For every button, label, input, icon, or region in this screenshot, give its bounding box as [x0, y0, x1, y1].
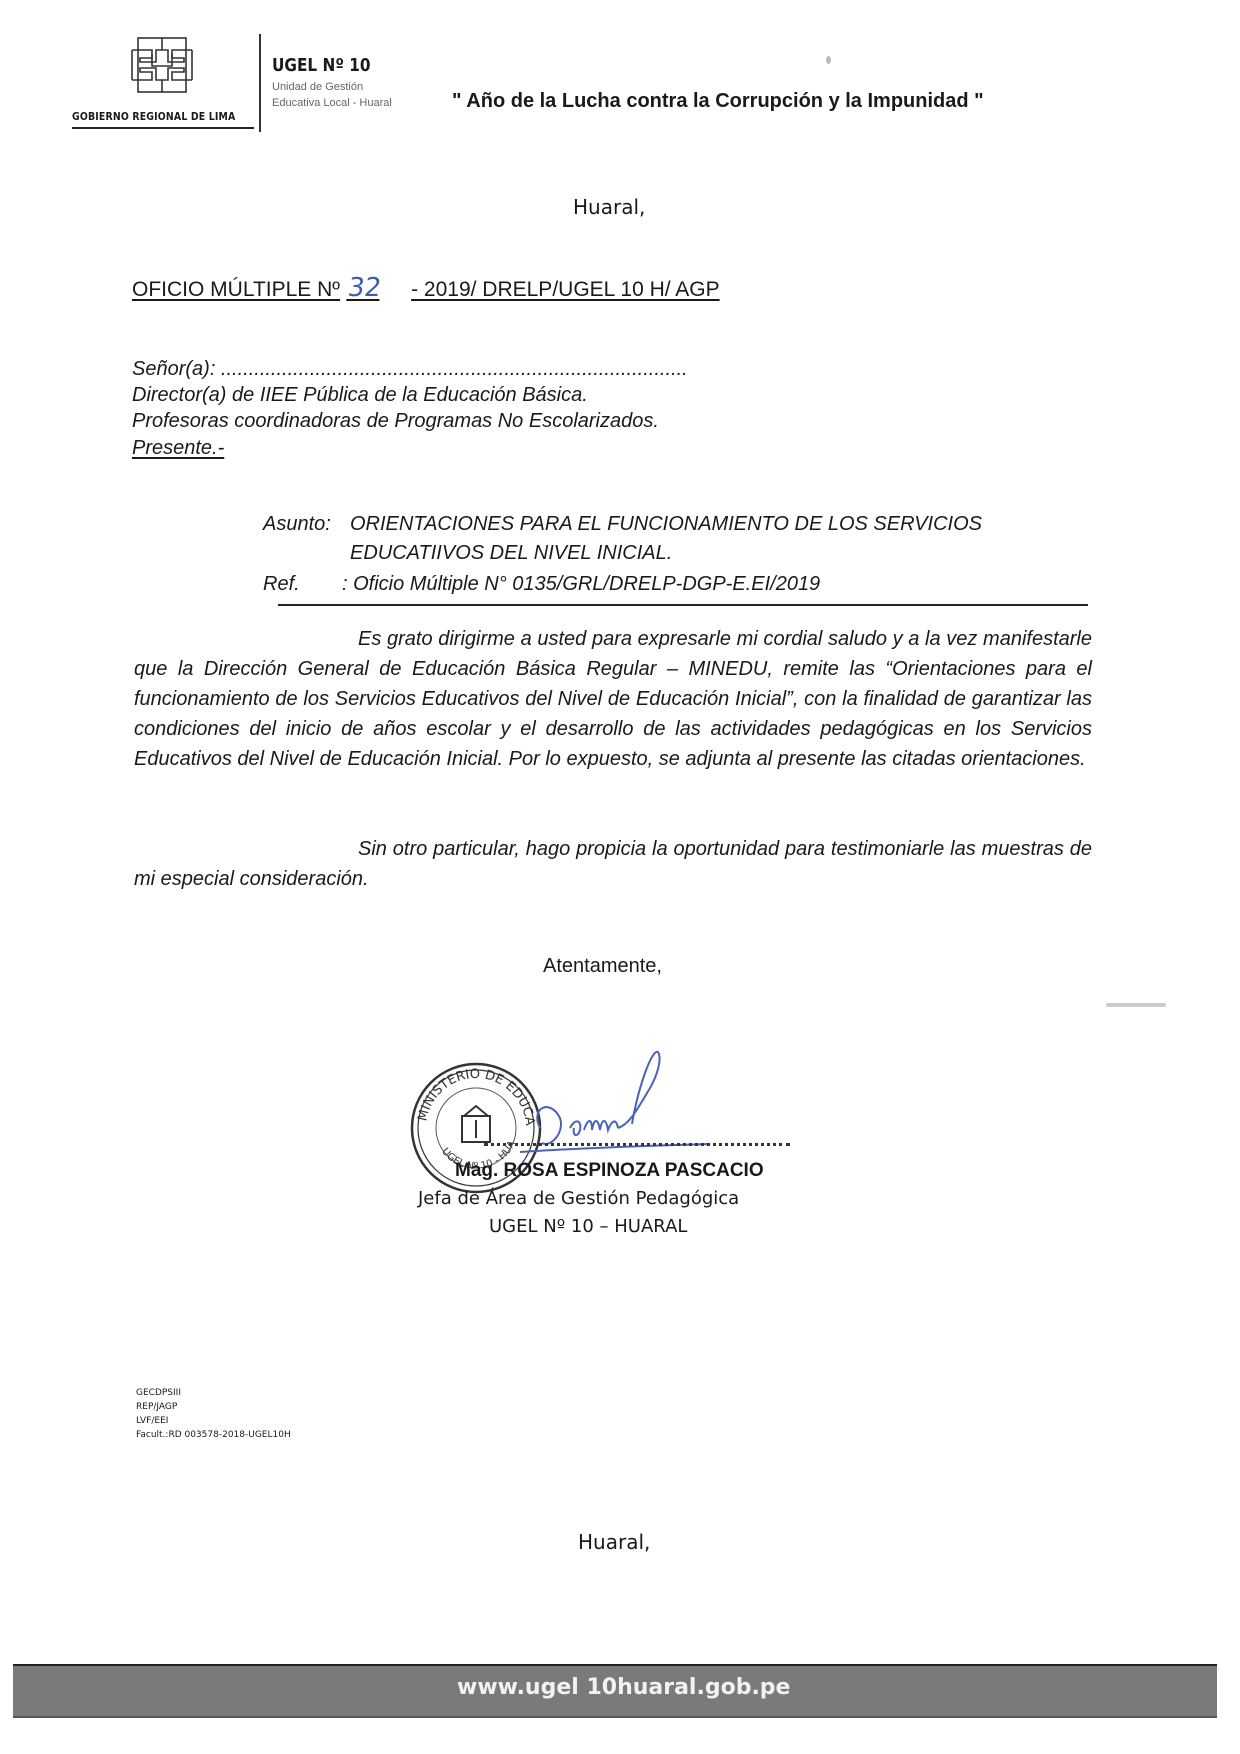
addressee-line: Señor(a): ..............................… — [132, 358, 688, 381]
gobierno-regional-emblem-icon — [130, 36, 194, 94]
oficio-handwritten-number: 32 — [346, 273, 383, 303]
subject-text: ORIENTACIONES PARA EL FUNCIONAMIENTO DE … — [350, 513, 982, 536]
header-divider — [259, 34, 261, 132]
government-name-underline — [72, 127, 254, 129]
signer-name: Mag. ROSA ESPINOZA PASCACIO — [455, 1160, 764, 1182]
presente-line: Presente.- — [132, 437, 224, 460]
body-paragraph: Sin otro particular, hago propicia la op… — [134, 834, 1092, 894]
footer-website-link[interactable]: www.ugel 10huaral.gob.pe — [457, 1675, 790, 1700]
body-paragraph: Es grato dirigirme a usted para expresar… — [134, 624, 1092, 774]
oficio-suffix: - 2019/ DRELP/UGEL 10 H/ AGP — [411, 278, 720, 302]
reference-initials: GECDPSIII REP/JAGP LVF/EEI Facult.:RD 00… — [136, 1386, 291, 1442]
subject-text-continued: EDUCATIIVOS DEL NIVEL INICIAL. — [350, 542, 672, 565]
subject-label: Asunto: — [263, 513, 331, 536]
addressee-line: Director(a) de IIEE Pública de la Educac… — [132, 384, 588, 407]
initials-line: Facult.:RD 003578-2018-UGEL10H — [136, 1428, 291, 1442]
initials-line: GECDPSIII — [136, 1386, 291, 1400]
place-date-bottom: Huaral, — [578, 1530, 650, 1554]
government-name: GOBIERNO REGIONAL DE LIMA — [72, 110, 235, 123]
year-motto: " Año de la Lucha contra la Corrupción y… — [452, 90, 984, 113]
subject-divider — [278, 604, 1088, 606]
ugel-subtitle-location: Educativa Local - Huaral — [272, 97, 392, 109]
signature-line — [484, 1143, 790, 1146]
oficio-prefix: OFICIO MÚLTIPLE Nº — [132, 278, 340, 302]
initials-line: REP/JAGP — [136, 1400, 291, 1414]
oficio-number: OFICIO MÚLTIPLE Nº 32 - 2019/ DRELP/UGEL… — [132, 273, 720, 303]
scan-speck — [1106, 1003, 1166, 1007]
scan-speck — [826, 56, 831, 64]
signer-unit: UGEL Nº 10 – HUARAL — [489, 1216, 687, 1237]
reference-value: : Oficio Múltiple N° 0135/GRL/DRELP-DGP-… — [342, 573, 820, 596]
handwritten-signature-icon — [520, 1048, 740, 1168]
place-date: Huaral, — [573, 195, 645, 219]
closing: Atentamente, — [543, 955, 662, 978]
reference-label: Ref. — [263, 573, 300, 596]
ugel-subtitle: Unidad de Gestión — [272, 81, 363, 93]
signer-role: Jefa de Área de Gestión Pedagógica — [418, 1188, 739, 1209]
addressee-line: Profesoras coordinadoras de Programas No… — [132, 410, 659, 433]
ugel-title: UGEL Nº 10 — [272, 55, 371, 76]
initials-line: LVF/EEI — [136, 1414, 291, 1428]
